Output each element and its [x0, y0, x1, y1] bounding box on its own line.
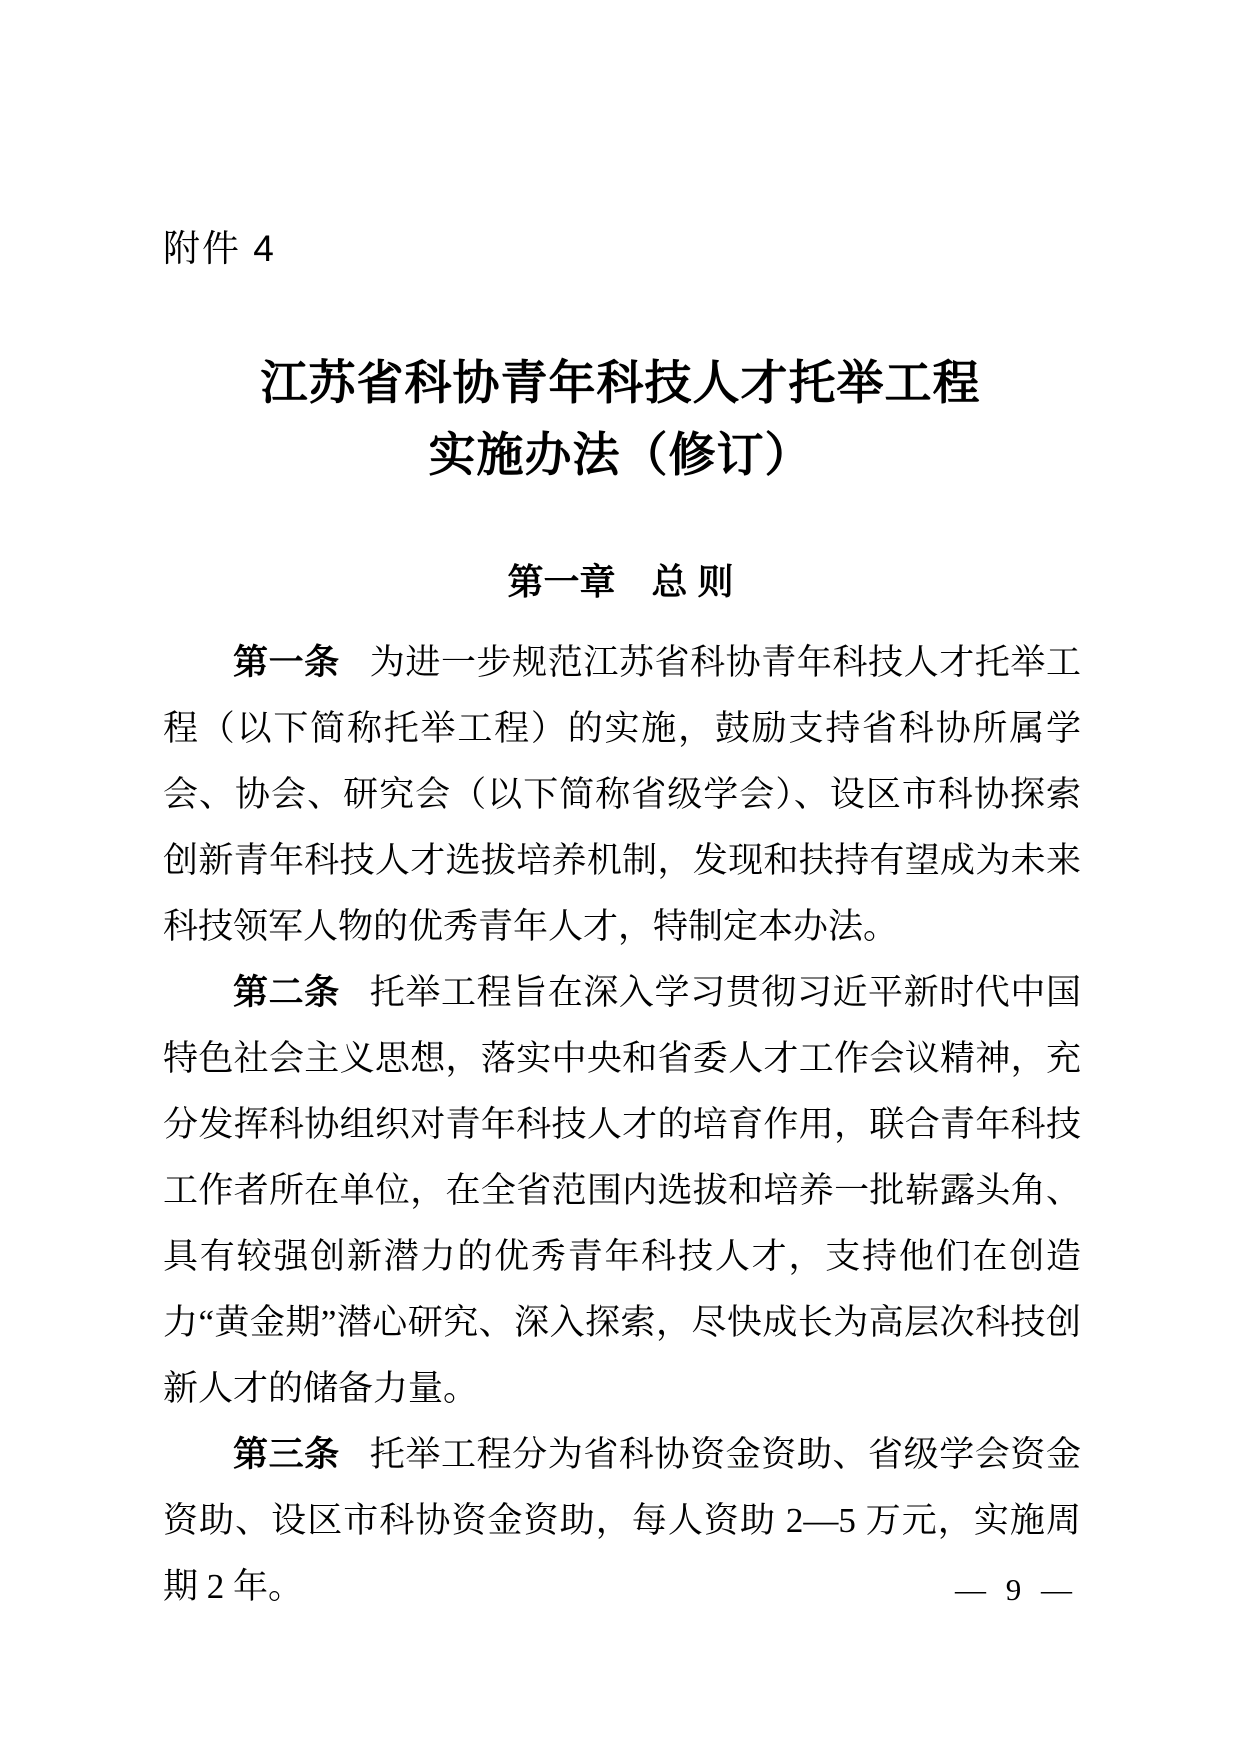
- article-1: 第一条为进一步规范江苏省科协青年科技人才托举工程（以下简称托举工程）的实施，鼓励…: [163, 630, 1081, 960]
- article-1-text: 为进一步规范江苏省科协青年科技人才托举工程（以下简称托举工程）的实施，鼓励支持省…: [163, 643, 1081, 946]
- chapter-number: 第一章: [507, 561, 615, 602]
- article-3-number: 第三条: [233, 1435, 370, 1474]
- article-1-number: 第一条: [233, 643, 370, 682]
- document-title-line-1: 江苏省科协青年科技人才托举工程: [0, 348, 1241, 420]
- document-title-line-2: 实施办法（修订）: [0, 420, 1241, 492]
- chapter-heading: 第一章总 则: [0, 560, 1241, 604]
- document-body: 第一条为进一步规范江苏省科协青年科技人才托举工程（以下简称托举工程）的实施，鼓励…: [163, 630, 1081, 1620]
- page-number: — 9 —: [955, 1572, 1078, 1608]
- article-3: 第三条托举工程分为省科协资金资助、省级学会资金资助、设区市科协资金资助，每人资助…: [163, 1422, 1081, 1620]
- document-page: 附件 4 江苏省科协青年科技人才托举工程 实施办法（修订） 第一章总 则 第一条…: [0, 0, 1241, 1754]
- article-2: 第二条托举工程旨在深入学习贯彻习近平新时代中国特色社会主义思想，落实中央和省委人…: [163, 960, 1081, 1422]
- article-2-text: 托举工程旨在深入学习贯彻习近平新时代中国特色社会主义思想，落实中央和省委人才工作…: [163, 973, 1081, 1408]
- article-2-number: 第二条: [233, 973, 370, 1012]
- chapter-title: 总 则: [652, 561, 734, 602]
- document-title: 江苏省科协青年科技人才托举工程 实施办法（修订）: [0, 348, 1241, 492]
- attachment-label: 附件 4: [163, 218, 276, 272]
